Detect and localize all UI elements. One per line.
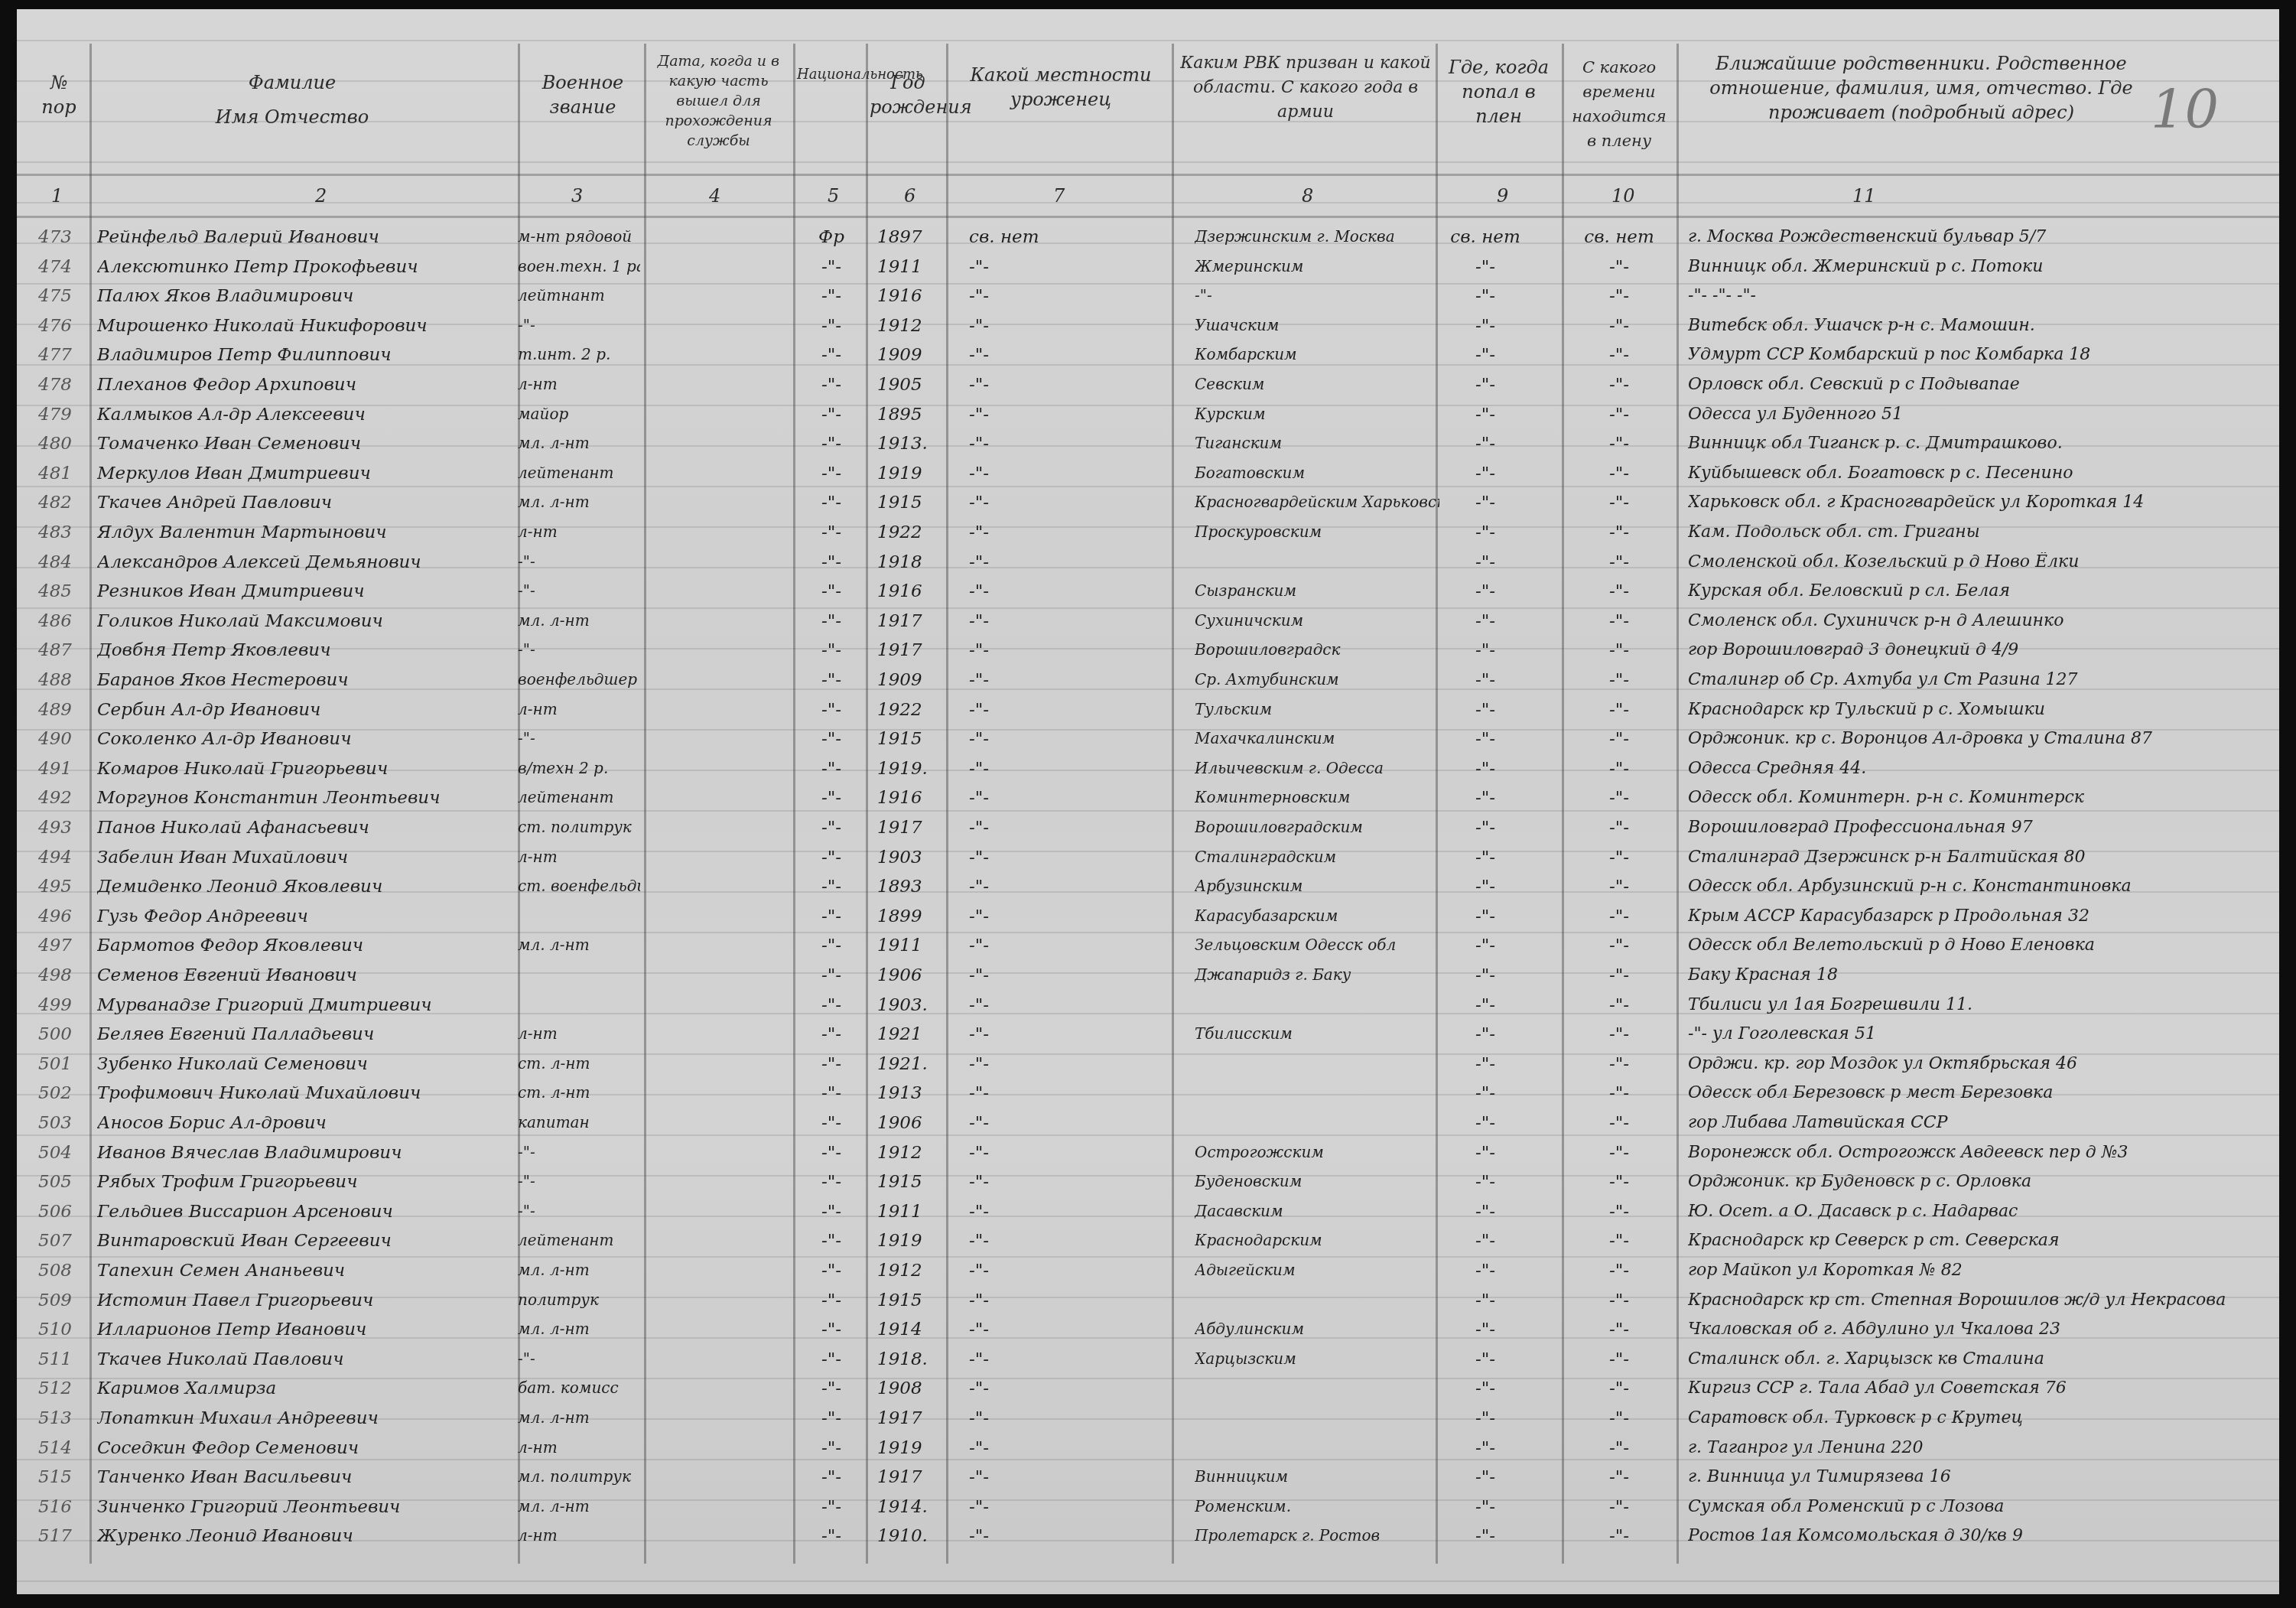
nationality: -"- — [805, 405, 858, 425]
capture-info: -"- — [1432, 405, 1539, 425]
column-number: 3 — [571, 185, 583, 207]
person-name: Калмыков Ал-др Алексеевич — [97, 405, 525, 425]
capture-info: -"- — [1432, 848, 1539, 867]
nationality: Фр — [805, 227, 858, 247]
person-name: Рейнфельд Валерий Иванович — [97, 227, 525, 247]
row-number: 488 — [38, 670, 84, 690]
draft-office: Сталинградским — [1195, 848, 1439, 866]
relatives-address: г. Москва Рождественский бульвар 5/7 — [1688, 227, 2269, 246]
birth-year: 1915 — [877, 729, 961, 749]
birthplace: -"- — [954, 965, 1160, 985]
military-rank: -"- — [518, 552, 640, 571]
nationality: -"- — [805, 1467, 858, 1487]
person-name: Александров Алексей Демьянович — [97, 552, 525, 572]
capture-info: -"- — [1432, 316, 1539, 336]
military-rank: ст. военфельдш — [518, 877, 640, 895]
capture-info: -"- — [1432, 286, 1539, 306]
draft-office: Джапаридз г. Баку — [1195, 965, 1439, 984]
relatives-address: Одесск обл. Коминтерн. р-н с. Коминтерск — [1688, 788, 2269, 807]
birth-year: 1915 — [877, 493, 961, 513]
birth-year: 1914. — [877, 1497, 961, 1517]
birthplace: -"- — [954, 907, 1160, 926]
captivity-since: -"- — [1569, 995, 1669, 1015]
row-number: 473 — [38, 227, 84, 247]
relatives-address: -"- ул Гоголевская 51 — [1688, 1024, 2269, 1043]
person-name: Каримов Халмирза — [97, 1379, 525, 1398]
draft-office: Пролетарск г. Ростов — [1195, 1526, 1439, 1545]
relatives-address: Баку Красная 18 — [1688, 965, 2269, 985]
relatives-address: г. Винница ул Тимирязева 16 — [1688, 1467, 2269, 1486]
nationality: -"- — [805, 640, 858, 660]
row-number: 474 — [38, 257, 84, 277]
row-number: 516 — [38, 1497, 84, 1517]
military-rank: лейтенант — [518, 464, 640, 482]
capture-info: -"- — [1432, 434, 1539, 454]
birth-year: 1914 — [877, 1320, 961, 1339]
captivity-since: -"- — [1569, 434, 1669, 454]
person-name: Мурванадзе Григорий Дмитриевич — [97, 995, 525, 1015]
row-number: 491 — [38, 759, 84, 779]
birthplace: -"- — [954, 257, 1160, 277]
row-number: 500 — [38, 1024, 84, 1044]
person-name: Беляев Евгений Палладьевич — [97, 1024, 525, 1044]
capture-info: -"- — [1432, 965, 1539, 985]
capture-info: -"- — [1432, 1497, 1539, 1517]
relatives-address: гор Ворошиловград 3 донецкий д 4/9 — [1688, 640, 2269, 659]
birth-year: 1919 — [877, 464, 961, 483]
nationality: -"- — [805, 552, 858, 572]
row-number: 476 — [38, 316, 84, 336]
capture-info: -"- — [1432, 1349, 1539, 1369]
birth-year: 1911 — [877, 1202, 961, 1222]
person-name: Ткачев Николай Павлович — [97, 1349, 525, 1369]
birth-year: 1921 — [877, 1024, 961, 1044]
draft-office: Абдулинским — [1195, 1320, 1439, 1338]
relatives-address: г. Таганрог ул Ленина 220 — [1688, 1438, 2269, 1457]
birth-year: 1916 — [877, 286, 961, 306]
birth-year: 1915 — [877, 1172, 961, 1192]
birth-year: 1906 — [877, 965, 961, 985]
header-no: № пор — [32, 70, 86, 119]
birthplace: -"- — [954, 405, 1160, 425]
captivity-since: -"- — [1569, 611, 1669, 631]
row-number: 484 — [38, 552, 84, 572]
capture-info: -"- — [1432, 1143, 1539, 1163]
draft-office: Красногвардейским Харьковск обл. — [1195, 493, 1439, 511]
birthplace: -"- — [954, 1172, 1160, 1192]
birthplace: -"- — [954, 1379, 1160, 1398]
row-number: 477 — [38, 345, 84, 365]
draft-office: Ворошиловградским — [1195, 818, 1439, 836]
relatives-address: Тбилиси ул 1ая Богрешвили 11. — [1688, 995, 2269, 1014]
row-number: 490 — [38, 729, 84, 749]
birthplace: -"- — [954, 1054, 1160, 1074]
nationality: -"- — [805, 1202, 858, 1222]
person-name: Довбня Петр Яковлевич — [97, 640, 525, 660]
birthplace: -"- — [954, 1349, 1160, 1369]
nationality: -"- — [805, 522, 858, 542]
capture-info: -"- — [1432, 670, 1539, 690]
page-number-mark: 10 — [2151, 78, 2219, 141]
birth-year: 1917 — [877, 818, 961, 838]
draft-office: Ср. Ахтубинским — [1195, 670, 1439, 688]
person-name: Журенко Леонид Иванович — [97, 1526, 525, 1546]
row-number: 492 — [38, 788, 84, 808]
military-rank: мл. л-нт — [518, 1497, 640, 1515]
nationality: -"- — [805, 877, 858, 897]
relatives-address: Куйбышевск обл. Богатовск р с. Песенино — [1688, 464, 2269, 483]
birthplace: -"- — [954, 1408, 1160, 1428]
relatives-address: Сталинград Дзержинск р-н Балтийская 80 — [1688, 848, 2269, 867]
table-row: 517Журенко Леонид Ивановичл-нт-"-1910.-"… — [17, 1518, 2279, 1558]
nationality: -"- — [805, 1349, 858, 1369]
relatives-address: Удмурт ССР Комбарский р пос Комбарка 18 — [1688, 345, 2269, 364]
row-number: 496 — [38, 907, 84, 926]
document-sheet: № пор Фамилие Имя Отчество Военное звани… — [17, 9, 2279, 1594]
nationality: -"- — [805, 1261, 858, 1281]
birth-year: 1905 — [877, 375, 961, 395]
header-rank: Военное звание — [525, 70, 640, 119]
birth-year: 1897 — [877, 227, 961, 247]
person-name: Ткачев Андрей Павлович — [97, 493, 525, 513]
person-name: Истомин Павел Григорьевич — [97, 1291, 525, 1310]
military-rank: т.инт. 2 р. — [518, 345, 640, 363]
capture-info: -"- — [1432, 1083, 1539, 1103]
draft-office: Ушачским — [1195, 316, 1439, 334]
birthplace: -"- — [954, 286, 1160, 306]
captivity-since: -"- — [1569, 405, 1669, 425]
captivity-since: -"- — [1569, 286, 1669, 306]
birth-year: 1915 — [877, 1291, 961, 1310]
captivity-since: -"- — [1569, 1320, 1669, 1339]
military-rank: л-нт — [518, 522, 640, 541]
relatives-address: Одесск обл Велетольский р д Ново Еленовк… — [1688, 936, 2269, 955]
column-number: 4 — [709, 185, 720, 207]
capture-info: -"- — [1432, 759, 1539, 779]
person-name: Аносов Борис Ал-дрович — [97, 1113, 525, 1133]
draft-office: Курским — [1195, 405, 1439, 423]
capture-info: -"- — [1432, 1113, 1539, 1133]
birthplace: -"- — [954, 1231, 1160, 1251]
capture-info: -"- — [1432, 700, 1539, 720]
header-rule — [17, 216, 2279, 218]
birthplace: -"- — [954, 1291, 1160, 1310]
nationality: -"- — [805, 818, 858, 838]
birth-year: 1922 — [877, 522, 961, 542]
relatives-address: Винницк обл Тиганск р. с. Дмитрашково. — [1688, 434, 2269, 453]
draft-office: Тбилисским — [1195, 1024, 1439, 1043]
birth-year: 1912 — [877, 316, 961, 336]
relatives-address: гор Майкоп ул Короткая № 82 — [1688, 1261, 2269, 1280]
draft-office: Проскуровским — [1195, 522, 1439, 541]
nationality: -"- — [805, 907, 858, 926]
relatives-address: Краснодарск кр Тульский р с. Хомышки — [1688, 700, 2269, 719]
header-relatives: Ближайшие родственники. Родственное отно… — [1692, 51, 2151, 125]
column-number: 11 — [1852, 185, 1876, 207]
captivity-since: -"- — [1569, 1231, 1669, 1251]
military-rank: мл. л-нт — [518, 936, 640, 954]
relatives-address: Ю. Осет. а О. Дасавск р с. Надарвас — [1688, 1202, 2269, 1221]
row-number: 499 — [38, 995, 84, 1015]
birthplace: -"- — [954, 1261, 1160, 1281]
military-rank: -"- — [518, 729, 640, 747]
draft-office: Арбузинским — [1195, 877, 1439, 895]
row-number: 501 — [38, 1054, 84, 1074]
military-rank: ст. л-нт — [518, 1054, 640, 1073]
military-rank: -"- — [518, 1172, 640, 1190]
military-rank: л-нт — [518, 700, 640, 718]
nationality: -"- — [805, 286, 858, 306]
nationality: -"- — [805, 611, 858, 631]
captivity-since: -"- — [1569, 581, 1669, 601]
military-rank: мл. л-нт — [518, 1261, 640, 1279]
row-number: 487 — [38, 640, 84, 660]
military-rank: л-нт — [518, 1024, 640, 1043]
relatives-address: Кам. Подольск обл. ст. Григаны — [1688, 522, 2269, 542]
nationality: -"- — [805, 700, 858, 720]
capture-info: -"- — [1432, 611, 1539, 631]
row-number: 515 — [38, 1467, 84, 1487]
nationality: -"- — [805, 464, 858, 483]
birthplace: -"- — [954, 316, 1160, 336]
captivity-since: -"- — [1569, 1438, 1669, 1458]
nationality: -"- — [805, 1024, 858, 1044]
relatives-address: Воронежск обл. Острогожск Авдеевск пер д… — [1688, 1143, 2269, 1162]
row-number: 514 — [38, 1438, 84, 1458]
capture-info: -"- — [1432, 1172, 1539, 1192]
capture-info: -"- — [1432, 1438, 1539, 1458]
capture-info: -"- — [1432, 345, 1539, 365]
person-name: Томаченко Иван Семенович — [97, 434, 525, 454]
capture-info: -"- — [1432, 1320, 1539, 1339]
birth-year: 1910. — [877, 1526, 961, 1546]
header-name-line1: Фамилие — [132, 70, 453, 95]
captivity-since: -"- — [1569, 1526, 1669, 1546]
relatives-address: Орджи. кр. гор Моздок ул Октябрьская 46 — [1688, 1054, 2269, 1073]
birth-year: 1912 — [877, 1143, 961, 1163]
captivity-since: -"- — [1569, 1202, 1669, 1222]
row-number: 479 — [38, 405, 84, 425]
column-number: 5 — [828, 185, 839, 207]
person-name: Сербин Ал-др Иванович — [97, 700, 525, 720]
captivity-since: -"- — [1569, 965, 1669, 985]
person-name: Рябых Трофим Григорьевич — [97, 1172, 525, 1192]
nationality: -"- — [805, 1379, 858, 1398]
birth-year: 1922 — [877, 700, 961, 720]
military-rank: мл. политрук — [518, 1467, 640, 1486]
nationality: -"- — [805, 1320, 858, 1339]
row-number: 480 — [38, 434, 84, 454]
birthplace: -"- — [954, 640, 1160, 660]
row-number: 507 — [38, 1231, 84, 1251]
relatives-address: Витебск обл. Ушачск р-н с. Мамошин. — [1688, 316, 2269, 335]
draft-office: Адыгейским — [1195, 1261, 1439, 1279]
military-rank: -"- — [518, 1349, 640, 1368]
row-number: 486 — [38, 611, 84, 631]
birth-year: 1921. — [877, 1054, 961, 1074]
birthplace: -"- — [954, 700, 1160, 720]
captivity-since: -"- — [1569, 257, 1669, 277]
birthplace: -"- — [954, 1438, 1160, 1458]
relatives-address: Сумская обл Роменский р с Лозова — [1688, 1497, 2269, 1516]
capture-info: -"- — [1432, 995, 1539, 1015]
birth-year: 1917 — [877, 640, 961, 660]
draft-office: Махачкалинским — [1195, 729, 1439, 747]
military-rank: мл. л-нт — [518, 493, 640, 511]
row-number: 497 — [38, 936, 84, 955]
nationality: -"- — [805, 1497, 858, 1517]
relatives-address: Орджоник. кр с. Воронцов Ал-дровка у Ста… — [1688, 729, 2269, 748]
birth-year: 1895 — [877, 405, 961, 425]
person-name: Винтаровский Иван Сергеевич — [97, 1231, 525, 1251]
row-number: 482 — [38, 493, 84, 513]
capture-info: -"- — [1432, 1261, 1539, 1281]
column-number: 2 — [315, 185, 327, 207]
nationality: -"- — [805, 995, 858, 1015]
nationality: -"- — [805, 1113, 858, 1133]
military-rank: бат. комисс — [518, 1379, 640, 1397]
birthplace: -"- — [954, 1113, 1160, 1133]
military-rank: воен.техн. 1 ранга — [518, 257, 640, 275]
draft-office: Зельцовским Одесск обл — [1195, 936, 1439, 954]
person-name: Соколенко Ал-др Иванович — [97, 729, 525, 749]
military-rank: л-нт — [518, 1526, 640, 1545]
birthplace: -"- — [954, 936, 1160, 955]
nationality: -"- — [805, 936, 858, 955]
capture-info: св. нет — [1432, 227, 1539, 247]
capture-info: -"- — [1432, 1408, 1539, 1428]
captivity-since: -"- — [1569, 936, 1669, 955]
military-rank: мл. л-нт — [518, 1320, 640, 1338]
captivity-since: -"- — [1569, 1054, 1669, 1074]
relatives-address: Сталинск обл. г. Харцызск кв Сталина — [1688, 1349, 2269, 1369]
person-name: Моргунов Константин Леонтьевич — [97, 788, 525, 808]
captivity-since: -"- — [1569, 1408, 1669, 1428]
capture-info: -"- — [1432, 375, 1539, 395]
birthplace: -"- — [954, 611, 1160, 631]
nationality: -"- — [805, 670, 858, 690]
nationality: -"- — [805, 345, 858, 365]
capture-info: -"- — [1432, 640, 1539, 660]
captivity-since: -"- — [1569, 1172, 1669, 1192]
birth-year: 1916 — [877, 581, 961, 601]
nationality: -"- — [805, 1438, 858, 1458]
person-name: Голиков Николай Максимович — [97, 611, 525, 631]
person-name: Баранов Яков Нестерович — [97, 670, 525, 690]
relatives-address: Смоленской обл. Козельский р д Ново Ёлки — [1688, 552, 2269, 571]
header-since: С какого времени находится в плену — [1566, 55, 1673, 153]
relatives-address: Ворошиловград Профессиональная 97 — [1688, 818, 2269, 837]
person-name: Тапехин Семен Ананьевич — [97, 1261, 525, 1281]
person-name: Лопаткин Михаил Андреевич — [97, 1408, 525, 1428]
person-name: Танченко Иван Васильевич — [97, 1467, 525, 1487]
row-number: 503 — [38, 1113, 84, 1133]
captivity-since: -"- — [1569, 522, 1669, 542]
person-name: Илларионов Петр Иванович — [97, 1320, 525, 1339]
person-name: Забелин Иван Михайлович — [97, 848, 525, 867]
nationality: -"- — [805, 1054, 858, 1074]
row-number: 495 — [38, 877, 84, 897]
birthplace: -"- — [954, 434, 1160, 454]
relatives-address: Орловск обл. Севский р с Подывапае — [1688, 375, 2269, 394]
nationality: -"- — [805, 788, 858, 808]
captivity-since: -"- — [1569, 1467, 1669, 1487]
birth-year: 1903. — [877, 995, 961, 1015]
draft-office: Роменским. — [1195, 1497, 1439, 1515]
person-name: Комаров Николай Григорьевич — [97, 759, 525, 779]
capture-info: -"- — [1432, 493, 1539, 513]
capture-info: -"- — [1432, 1526, 1539, 1546]
military-rank: м-нт рядовой — [518, 227, 640, 246]
captivity-since: -"- — [1569, 729, 1669, 749]
birthplace: -"- — [954, 581, 1160, 601]
draft-office: Ильичевским г. Одесса — [1195, 759, 1439, 777]
capture-info: -"- — [1432, 907, 1539, 926]
military-rank: -"- — [518, 1143, 640, 1161]
captivity-since: -"- — [1569, 1113, 1669, 1133]
nationality: -"- — [805, 316, 858, 336]
person-name: Меркулов Иван Дмитриевич — [97, 464, 525, 483]
capture-info: -"- — [1432, 1379, 1539, 1398]
row-number: 489 — [38, 700, 84, 720]
row-number: 498 — [38, 965, 84, 985]
relatives-address: Крым АССР Карасубазарск р Продольная 32 — [1688, 907, 2269, 926]
row-number: 513 — [38, 1408, 84, 1428]
nationality: -"- — [805, 729, 858, 749]
nationality: -"- — [805, 1526, 858, 1546]
birth-year: 1917 — [877, 1467, 961, 1487]
relatives-address: -"- -"- -"- — [1688, 286, 2269, 305]
captivity-since: -"- — [1569, 493, 1669, 513]
birthplace: -"- — [954, 493, 1160, 513]
birth-year: 1916 — [877, 788, 961, 808]
relatives-address: Сталингр об Ср. Ахтуба ул Ст Разина 127 — [1688, 670, 2269, 689]
relatives-address: Краснодарск кр ст. Степная Ворошилов ж/д… — [1688, 1291, 2269, 1310]
person-name: Зинченко Григорий Леонтьевич — [97, 1497, 525, 1517]
row-number: 478 — [38, 375, 84, 395]
draft-office: Богатовским — [1195, 464, 1439, 482]
nationality: -"- — [805, 1231, 858, 1251]
birth-year: 1899 — [877, 907, 961, 926]
relatives-address: Одесса ул Буденного 51 — [1688, 405, 2269, 424]
birthplace: -"- — [954, 522, 1160, 542]
capture-info: -"- — [1432, 1024, 1539, 1044]
nationality: -"- — [805, 1291, 858, 1310]
birthplace: -"- — [954, 788, 1160, 808]
captivity-since: -"- — [1569, 316, 1669, 336]
capture-info: -"- — [1432, 581, 1539, 601]
draft-office: Винницким — [1195, 1467, 1439, 1486]
draft-office: Тульским — [1195, 700, 1439, 718]
captivity-since: -"- — [1569, 818, 1669, 838]
birth-year: 1919. — [877, 759, 961, 779]
captivity-since: -"- — [1569, 670, 1669, 690]
relatives-address: Киргиз ССР г. Тала Абад ул Советская 76 — [1688, 1379, 2269, 1398]
captivity-since: -"- — [1569, 464, 1669, 483]
birthplace: -"- — [954, 1526, 1160, 1546]
birthplace: -"- — [954, 1497, 1160, 1517]
nationality: -"- — [805, 848, 858, 867]
draft-office: Дзержинским г. Москва — [1195, 227, 1439, 246]
nationality: -"- — [805, 965, 858, 985]
military-rank: мл. л-нт — [518, 611, 640, 630]
person-name: Ялдух Валентин Мартынович — [97, 522, 525, 542]
draft-office: -"- — [1195, 286, 1439, 304]
birth-year: 1919 — [877, 1438, 961, 1458]
captivity-since: св. нет — [1569, 227, 1669, 247]
nationality: -"- — [805, 581, 858, 601]
relatives-address: Ростов 1ая Комсомольская д 30/кв 9 — [1688, 1526, 2269, 1545]
